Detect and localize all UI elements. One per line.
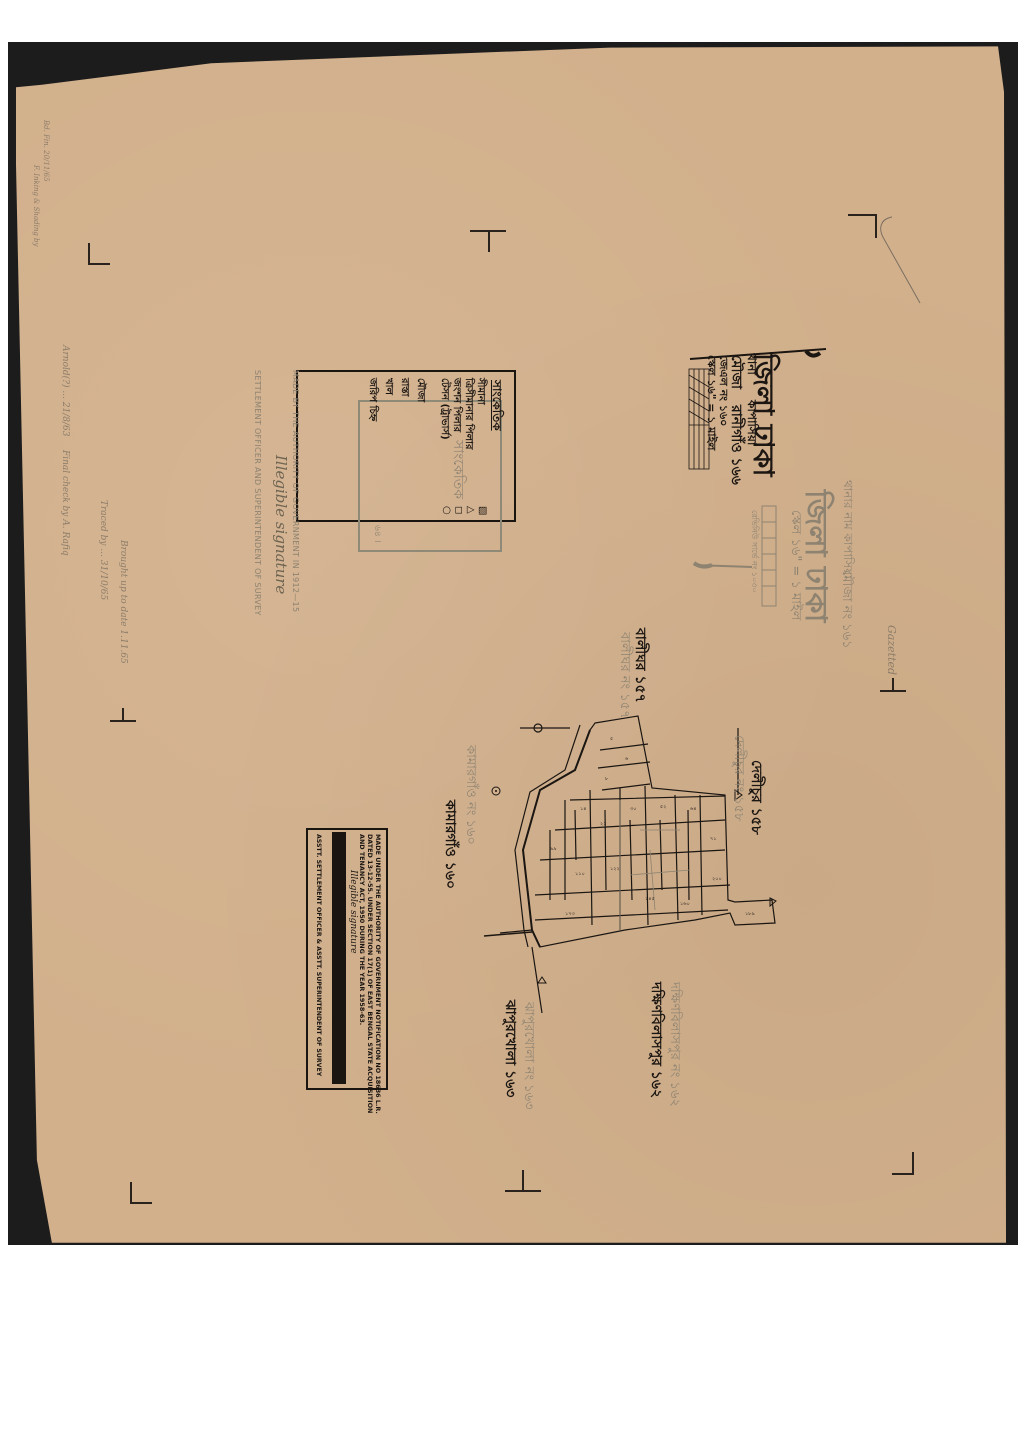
neighbor-mouza-left-faded: কামারগাঁও নং ১৬০: [459, 745, 480, 845]
margin-note: Bd. Fin. 20/11/65: [42, 120, 50, 182]
faded-scale: স্কেল ১৬" = ১ মাইল: [784, 510, 805, 621]
neighbor-mouza-top-faded: বালীঘর নং ১৫৭: [613, 632, 634, 719]
svg-text:৭১: ৭১: [710, 836, 717, 842]
legend-symbol-circle-icon: ○: [441, 506, 452, 515]
survey-station-icon: [490, 785, 502, 797]
registration-mark-bot-right-h: [892, 1173, 914, 1175]
svg-text:১৬০: ১৬০: [680, 901, 690, 907]
svg-text:৮: ৮: [605, 776, 609, 782]
margin-note: Final check by A. Rafiq: [60, 450, 70, 556]
authority-signature: Illegible signature: [272, 455, 290, 594]
svg-text:১২২: ১২২: [610, 866, 620, 872]
registration-mark-mid-right-v: [892, 678, 894, 692]
stamp-line-1: MADE UNDER THE AUTHORITY OF GOVERNMENT N…: [374, 834, 382, 1114]
svg-text:২১: ২১: [600, 821, 607, 827]
registration-mark-top-left-h: [88, 263, 110, 265]
scale-grid: [687, 365, 713, 475]
svg-text:৫: ৫: [610, 736, 613, 742]
svg-text:১৪: ১৪: [580, 806, 587, 812]
legend-item: খাল: [379, 378, 396, 395]
neighbor-mouza-right-faded: দেলীচুর নং ১৫৮: [727, 735, 748, 822]
svg-text:১৭৩: ১৭৩: [565, 911, 575, 917]
neighbor-mouza-bottom-right-faded: দক্ষিণবিলাসপুর নং ১৬২: [663, 982, 684, 1107]
margin-note: Arnold(?) ... 21/8/63: [60, 345, 70, 437]
registration-mark-top-left-v: [88, 243, 90, 265]
registration-mark-mid-left-v: [122, 708, 124, 722]
svg-text:৫২: ৫২: [660, 804, 667, 810]
svg-text:১৪৫: ১৪৫: [645, 896, 655, 902]
registration-mark-bot-left-h: [130, 1202, 152, 1204]
pencil-curve: [870, 215, 930, 305]
legend-items: সীমানা ত্রিসীমানার পিলার জংশন পিলার টেসন…: [340, 378, 490, 518]
legend-item: জরিপ চিহ্ন: [363, 378, 380, 421]
registration-mark-bot-right-v: [912, 1152, 914, 1175]
legend-item: টেসন (ট্রাভার্স): [435, 378, 452, 440]
authority-line-2: SETTLEMENT OFFICER AND SUPERINTENDENT OF…: [253, 370, 262, 616]
legend-item: রাস্তা: [395, 378, 412, 397]
road-line-left: [482, 928, 542, 940]
svg-text:১১০: ১১০: [575, 871, 585, 877]
margin-note: Traced by ... 31/10/65: [98, 500, 108, 600]
pencil-note-gazetted: Gazetted: [885, 625, 898, 675]
svg-text:৬৪: ৬৪: [690, 806, 697, 812]
authority-line-1: MADE BY THE AUTHORITY OF GOVERNMENT IN 1…: [291, 370, 300, 612]
legend-faded-footer: ৬৪ ।: [370, 525, 385, 543]
svg-text:১৮৯: ১৮৯: [745, 911, 755, 917]
stamp-line-2: DATED 13-12-55. UNDER SECTION 17(1) OF E…: [366, 834, 374, 1113]
svg-text:৯৯: ৯৯: [550, 846, 557, 852]
stamp-signature: Illegible signature: [348, 870, 358, 954]
neighbor-mouza-bottom-left-faded: ঝাপুরখোলা নং ১৬৩: [517, 1002, 538, 1110]
margin-note: Brought up to date 1.11.65: [118, 540, 128, 664]
title-bottom-flourish: [692, 555, 762, 575]
registration-mark-bot-mid-v: [522, 1170, 524, 1192]
legend-item: মৌজা: [411, 378, 428, 402]
svg-text:৬: ৬: [625, 756, 629, 762]
registration-mark-top-mid-v: [488, 230, 490, 252]
legend-symbol-boundary-icon: ▧: [477, 506, 488, 515]
legend-symbol-triangle-icon: △: [465, 506, 476, 514]
registration-mark-bot-left-v: [130, 1182, 132, 1204]
parcel-map: ৫৬৮ ১৪২১৩০ ৫২৬৪৭১ ৯৯১১০১২২ ১৪৫১৬০১৭৩ ১৮৯…: [480, 700, 800, 1020]
stamp-footer: ASSTT. SETTLEMENT OFFICER & ASSTT. SUPER…: [315, 834, 322, 1076]
stamp-black-bar: [332, 832, 346, 1084]
margin-note: F. Inking & Shading by: [32, 165, 40, 247]
stamp-line-3: AND TENANCY ACT, 1950 DURING THE YEAR 19…: [358, 834, 366, 1025]
svg-text:২০০: ২০০: [712, 876, 722, 882]
legend-symbol-square-icon: ◻: [453, 506, 464, 514]
svg-text:৩০: ৩০: [630, 806, 637, 812]
